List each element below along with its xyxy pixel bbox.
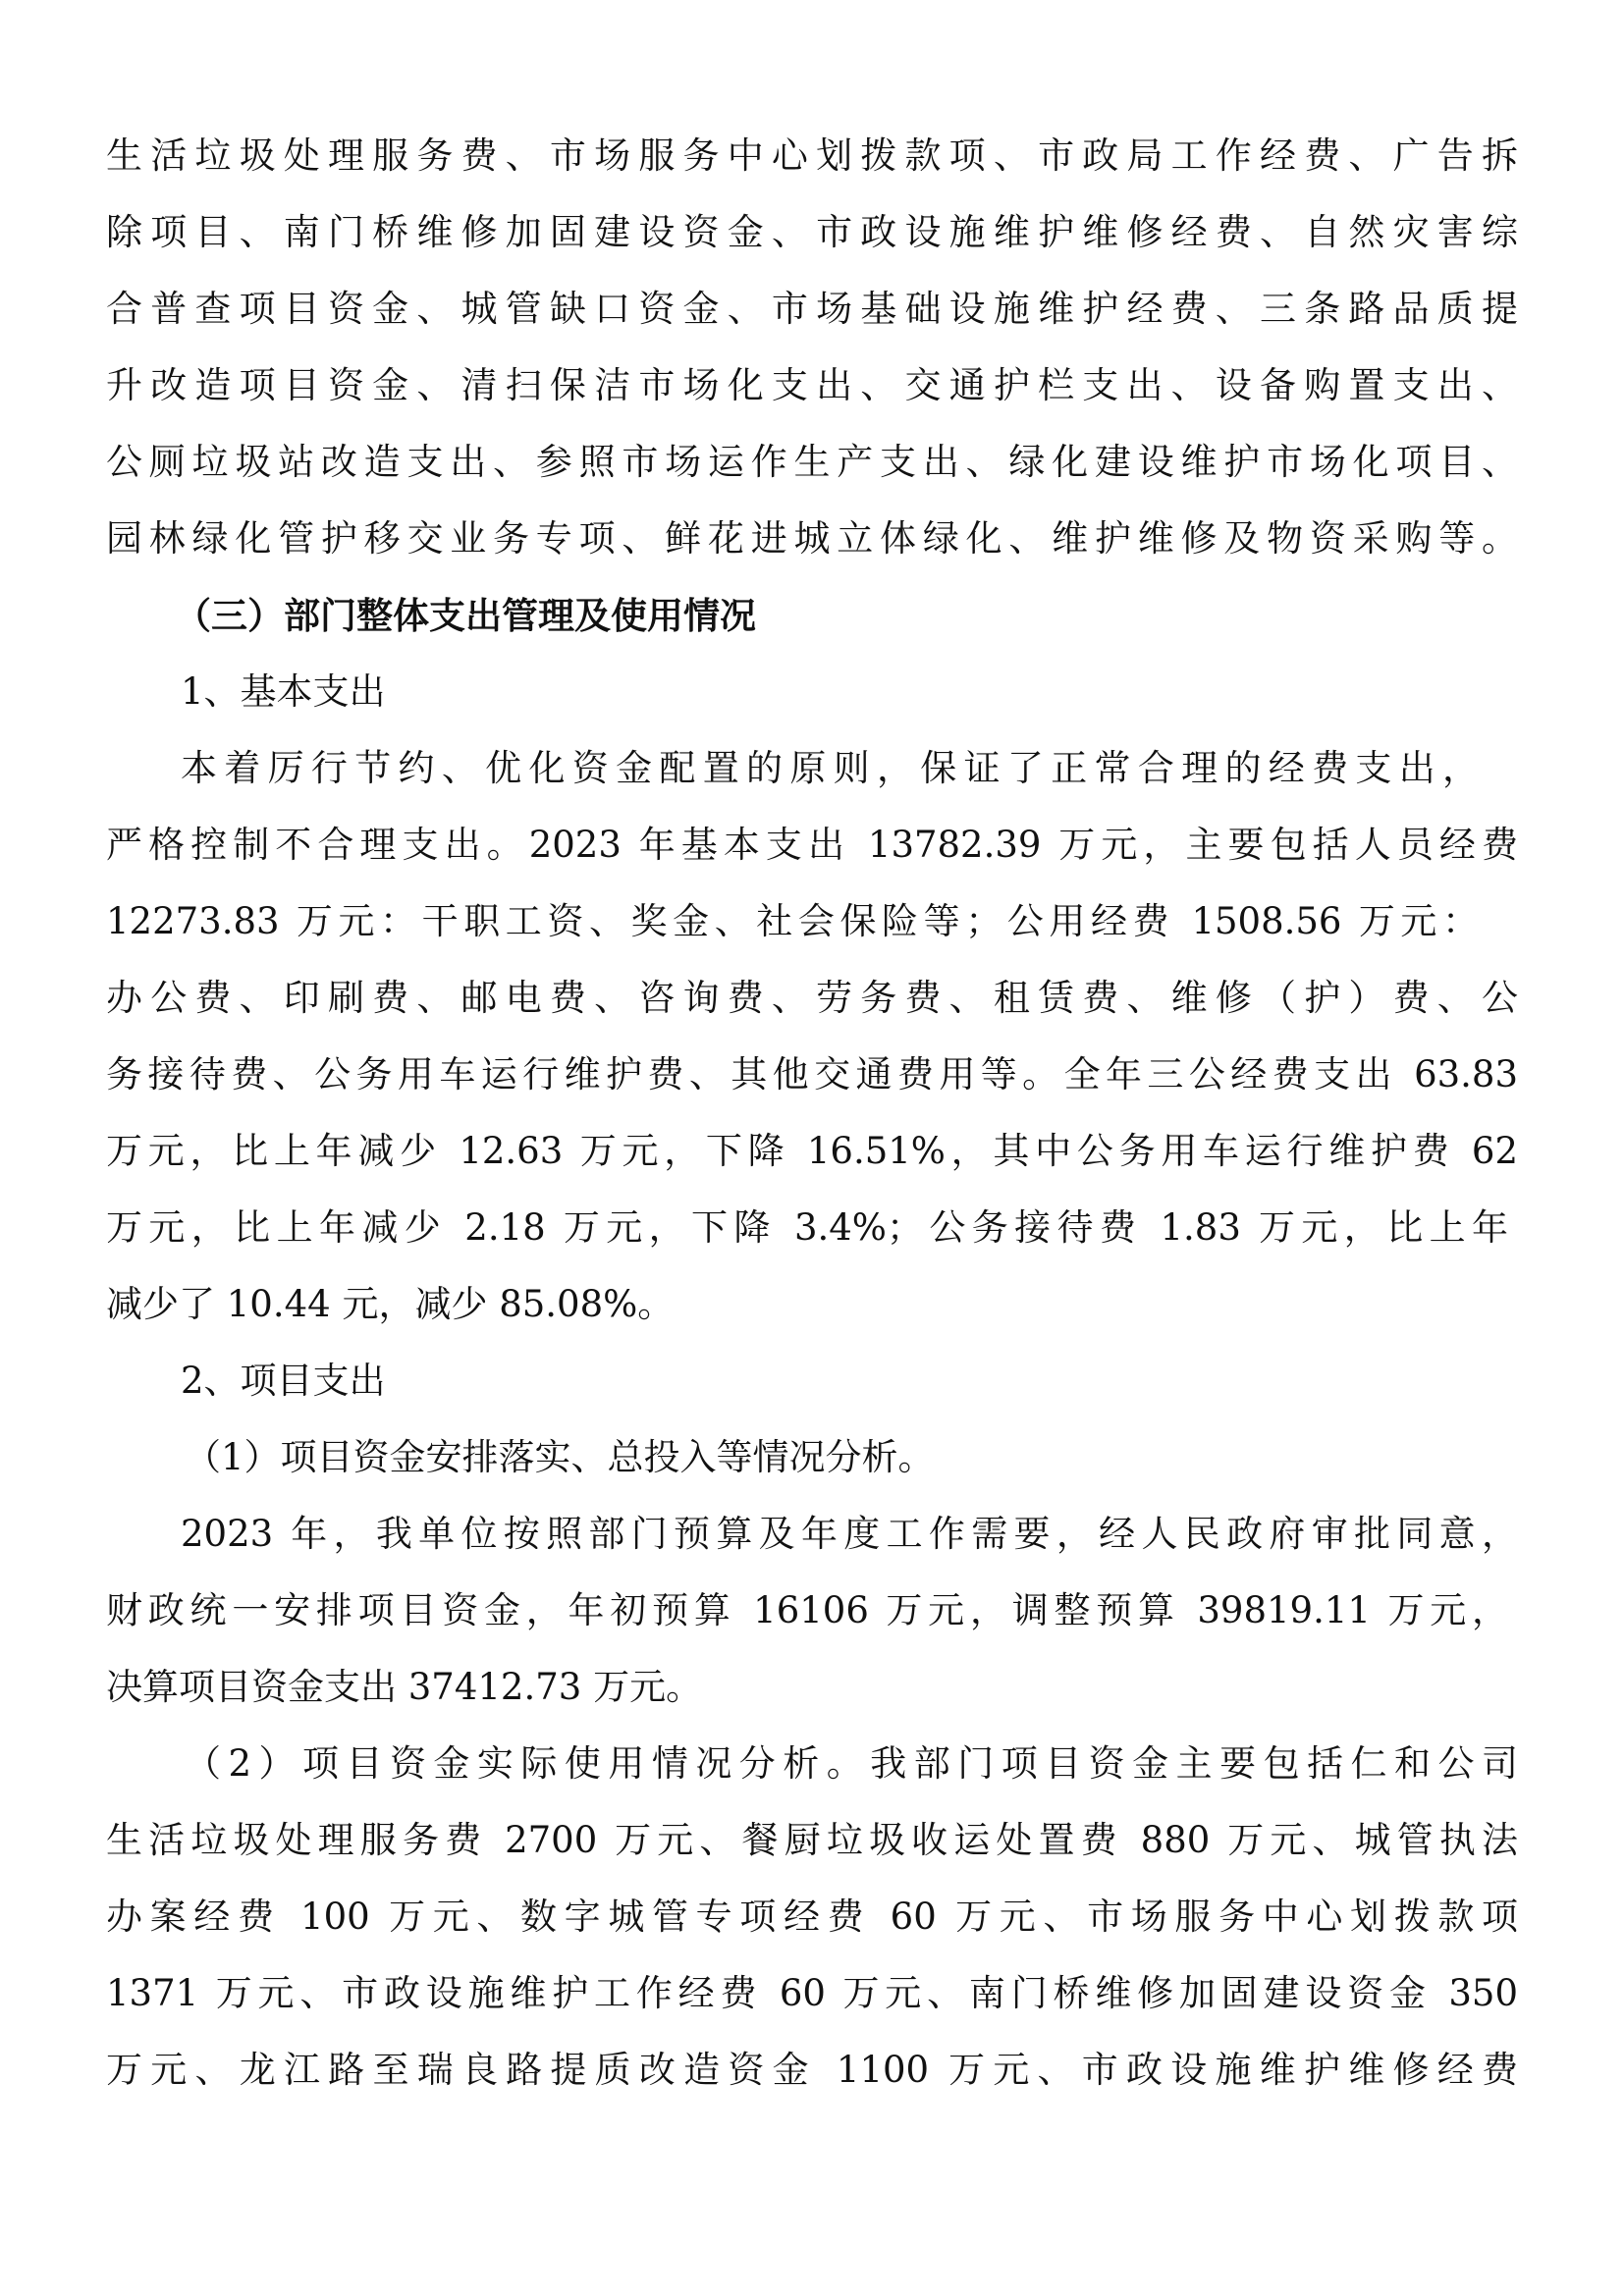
section-heading: （三）部门整体支出管理及使用情况	[106, 577, 1518, 654]
text-line: 办案经费 100 万元、数字城管专项经费 60 万元、市场服务中心划拨款项	[106, 1879, 1518, 1955]
text-line: 决算项目资金支出 37412.73 万元。	[106, 1649, 1518, 1726]
text-line: 生活垃圾处理服务费 2700 万元、餐厨垃圾收运处置费 880 万元、城管执法	[106, 1802, 1518, 1879]
subsection-heading-basic-expense: 1、基本支出	[106, 654, 1518, 730]
text-line: 生活垃圾处理服务费、市场服务中心划拨款项、市政局工作经费、广告拆	[106, 118, 1518, 194]
text-line: 减少了 10.44 元，减少 85.08%。	[106, 1266, 1518, 1343]
text-line: 园林绿化管护移交业务专项、鲜花进城立体绿化、维护维修及物资采购等。	[106, 501, 1518, 577]
text-line: 严格控制不合理支出。2023 年基本支出 13782.39 万元，主要包括人员经…	[106, 807, 1518, 883]
project-sub1-paragraph: 2023 年，我单位按照部门预算及年度工作需要，经人民政府审批同意， 财政统一安…	[106, 1496, 1518, 1726]
text-line: 万元、龙江路至瑞良路提质改造资金 1100 万元、市政设施维护维修经费	[106, 2032, 1518, 2109]
text-line: 万元，比上年减少 2.18 万元，下降 3.4%；公务接待费 1.83 万元，比…	[106, 1190, 1518, 1266]
text-line: 办公费、印刷费、邮电费、咨询费、劳务费、租赁费、维修（护）费、公	[106, 960, 1518, 1037]
text-line: 合普查项目资金、城管缺口资金、市场基础设施维护经费、三条路品质提	[106, 271, 1518, 347]
text-line: 万元，比上年减少 12.63 万元，下降 16.51%，其中公务用车运行维护费 …	[106, 1113, 1518, 1190]
basic-expense-paragraph: 本着厉行节约、优化资金配置的原则，保证了正常合理的经费支出， 严格控制不合理支出…	[106, 730, 1518, 1343]
text-line: 12273.83 万元：干职工资、奖金、社会保险等；公用经费 1508.56 万…	[106, 883, 1518, 960]
document-page: 生活垃圾处理服务费、市场服务中心划拨款项、市政局工作经费、广告拆 除项目、南门桥…	[106, 118, 1518, 2109]
text-line: 务接待费、公务用车运行维护费、其他交通费用等。全年三公经费支出 63.83	[106, 1037, 1518, 1113]
text-line: 1371 万元、市政设施维护工作经费 60 万元、南门桥维修加固建设资金 350	[106, 1955, 1518, 2032]
text-line: 本着厉行节约、优化资金配置的原则，保证了正常合理的经费支出，	[106, 730, 1518, 807]
project-sub1-heading: （1）项目资金安排落实、总投入等情况分析。	[106, 1419, 1518, 1496]
text-line: 升改造项目资金、清扫保洁市场化支出、交通护栏支出、设备购置支出、	[106, 347, 1518, 424]
project-sub2-paragraph: （2）项目资金实际使用情况分析。我部门项目资金主要包括仁和公司 生活垃圾处理服务…	[106, 1726, 1518, 2109]
text-line: （2）项目资金实际使用情况分析。我部门项目资金主要包括仁和公司	[106, 1726, 1518, 1802]
subsection-heading-project-expense: 2、项目支出	[106, 1343, 1518, 1419]
text-line: 除项目、南门桥维修加固建设资金、市政设施维护维修经费、自然灾害综	[106, 194, 1518, 271]
text-line: 公厕垃圾站改造支出、参照市场运作生产支出、绿化建设维护市场化项目、	[106, 424, 1518, 501]
text-line: 财政统一安排项目资金，年初预算 16106 万元，调整预算 39819.11 万…	[106, 1573, 1518, 1649]
text-line: 2023 年，我单位按照部门预算及年度工作需要，经人民政府审批同意，	[106, 1496, 1518, 1573]
continuation-paragraph: 生活垃圾处理服务费、市场服务中心划拨款项、市政局工作经费、广告拆 除项目、南门桥…	[106, 118, 1518, 577]
